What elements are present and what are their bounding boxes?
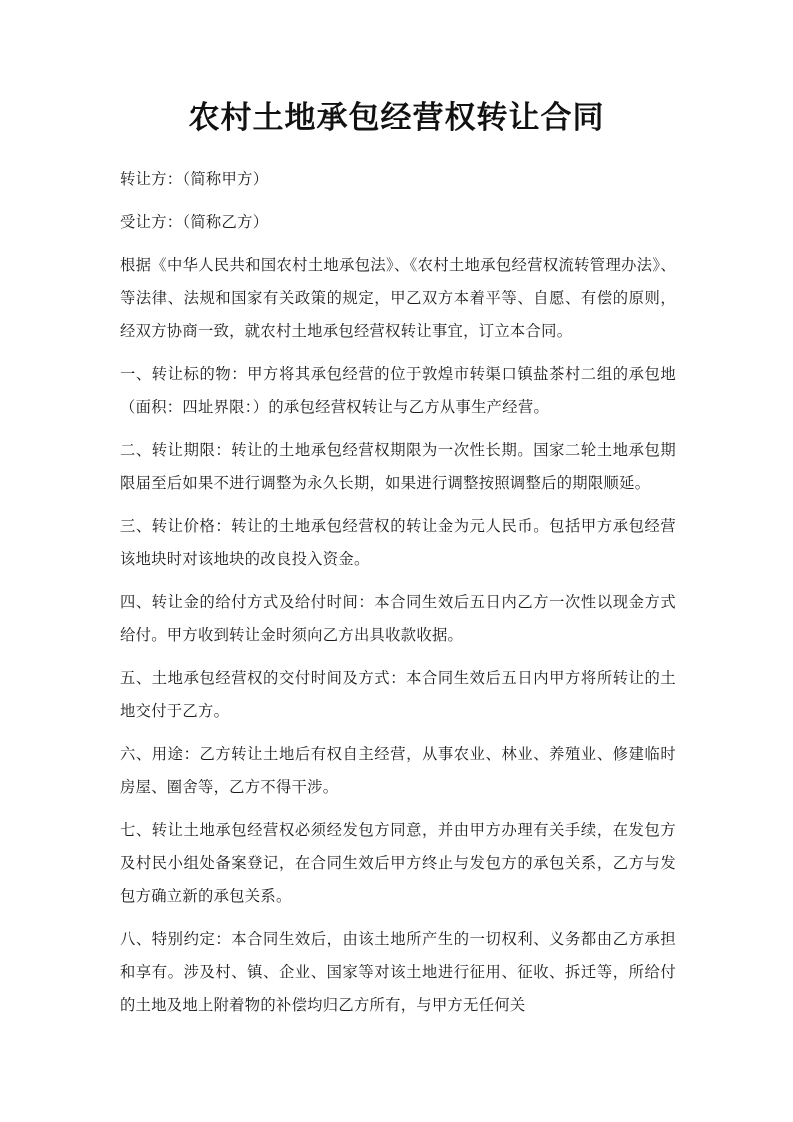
clause-1-subject: 一、转让标的物：甲方将其承包经营的位于敦煌市转渠口镇盐茶村二组的承包地（面积：四…: [120, 358, 676, 424]
document-body: 转让方：（简称甲方） 受让方：（简称乙方） 根据《中华人民共和国农村土地承包法》…: [120, 163, 676, 1032]
clause-7-approval: 七、转让土地承包经营权必须经发包方同意，并由甲方办理有关手续，在发包方及村民小组…: [120, 814, 676, 913]
transferor-line: 转让方：（简称甲方）: [120, 163, 676, 196]
preamble-paragraph: 根据《中华人民共和国农村土地承包法》、《农村土地承包经营权流转管理办法》、等法律…: [120, 249, 676, 348]
clause-8-special: 八、特别约定：本合同生效后，由该土地所产生的一切权利、义务都由乙方承担和享有。涉…: [120, 923, 676, 1022]
document-title: 农村土地承包经营权转让合同: [0, 92, 793, 137]
clause-5-delivery: 五、土地承包经营权的交付时间及方式：本合同生效后五日内甲方将所转让的土地交付于乙…: [120, 662, 676, 728]
clause-6-usage: 六、用途：乙方转让土地后有权自主经营，从事农业、林业、养殖业、修建临时房屋、圈舍…: [120, 738, 676, 804]
transferee-line: 受让方：（简称乙方）: [120, 206, 676, 239]
clause-3-price: 三、转让价格：转让的土地承包经营权的转让金为元人民币。包括甲方承包经营该地块时对…: [120, 510, 676, 576]
clause-2-term: 二、转让期限：转让的土地承包经营权期限为一次性长期。国家二轮土地承包期限届至后如…: [120, 434, 676, 500]
clause-4-payment: 四、转让金的给付方式及给付时间：本合同生效后五日内乙方一次性以现金方式给付。甲方…: [120, 586, 676, 652]
